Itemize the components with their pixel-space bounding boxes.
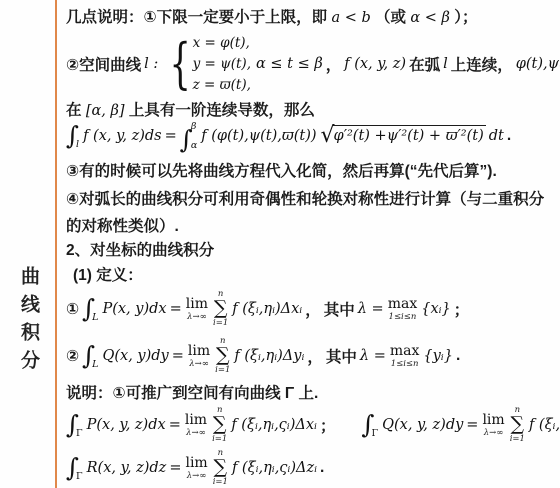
left-brace-symbol: {	[170, 34, 191, 94]
max-subscript: 1≤i≤n	[391, 360, 419, 369]
lim-label: lim	[185, 456, 207, 471]
integral-subscript: Γ	[76, 428, 83, 439]
square-root-group: √ φ′²(t) +ψ′²(t) + ϖ′²(t)	[321, 125, 486, 147]
punctuation: ，	[305, 298, 321, 320]
sum-symbol: ∑	[214, 458, 228, 478]
integrand: R(x, y, z)dz	[87, 460, 167, 476]
text-segment: ②空间曲线	[66, 53, 141, 75]
max-label: max	[388, 297, 418, 312]
integrand: Q(x, y)dy	[102, 348, 168, 364]
sum-operator: n ∑ i=1	[212, 406, 227, 444]
integral-with-sub: ∫ l	[66, 125, 79, 146]
section-2-heading: 2、对坐标的曲线积分	[66, 238, 214, 260]
equals-sign: =	[170, 301, 182, 317]
summand: f (ξᵢ,ηᵢ,ςᵢ)Δyᵢ	[529, 417, 560, 433]
sum-symbol: ∑	[216, 346, 230, 366]
vertical-chapter-title: 曲线积分	[15, 266, 42, 378]
integral-with-sub: ∫ Γ	[66, 414, 83, 435]
equals-sign: =	[466, 417, 478, 433]
lim-subscript: λ→∞	[186, 429, 206, 438]
summand: f (ξᵢ,ηᵢ,ςᵢ)Δzᵢ	[232, 460, 317, 476]
max-operator: max 1≤i≤n	[388, 297, 418, 321]
punctuation: .	[456, 347, 460, 365]
parameter-range: α ≤ t ≤ β	[256, 56, 323, 72]
integral-with-sub: ∫ Γ	[361, 414, 378, 435]
text-segment: ）；	[450, 9, 478, 26]
inline-math: [α, β]	[86, 103, 125, 119]
integral-subscript: L	[92, 312, 98, 323]
max-operator: max 1≤i≤n	[390, 344, 420, 368]
punctuation: .	[507, 127, 511, 145]
text-segment: 在	[66, 102, 86, 119]
max-label: max	[390, 344, 420, 359]
coordinate-definition-formula-1: ① ∫ L P(x, y)dx = lim λ→∞ n ∑ i=1 f (ξᵢ,…	[66, 288, 469, 330]
equals-sign: =	[169, 417, 181, 433]
sum-operator: n ∑ i=1	[510, 406, 525, 444]
lambda-equals: λ =	[358, 301, 384, 317]
ext-formula-px: ∫ Γ P(x, y, z)dx = lim λ→∞ n ∑ i=1 f (ξᵢ…	[66, 406, 335, 444]
inline-math: l :	[144, 56, 158, 72]
equals-sign: =	[165, 128, 177, 144]
equals-sign: =	[172, 348, 184, 364]
parametric-equations: x = φ(t), y = ψ(t), z = ϖ(t),	[193, 34, 251, 95]
item-number: ①	[66, 300, 79, 319]
punctuation: ；	[320, 414, 336, 436]
lim-label: lim	[186, 297, 208, 312]
integrand: P(x, y)dx	[102, 301, 166, 317]
integrand: Q(x, y, z)dy	[382, 417, 463, 433]
punctuation: ，	[307, 345, 323, 367]
sum-lower: i=1	[213, 478, 228, 487]
punctuation: .	[320, 459, 324, 477]
limit-operator: lim λ→∞	[188, 344, 210, 368]
integral-subscript: L	[92, 359, 98, 370]
equals-sign: =	[169, 460, 181, 476]
extension-remark-line: 说明：①可推广到空间有向曲线 Γ 上.	[66, 381, 318, 403]
inline-math: α < β	[410, 10, 450, 26]
remarks-intro-line: 几点说明：①下限一定要小于上限，即 a < b （或 α < β ）；	[66, 5, 477, 27]
lim-label: lim	[482, 413, 504, 428]
integrand: f (x, y, z)ds	[83, 128, 162, 144]
summand: f (ξᵢ,ηᵢ)Δxᵢ	[232, 301, 302, 317]
lim-subscript: λ→∞	[187, 472, 207, 481]
integral-subscript: Γ	[372, 428, 379, 439]
integrand: P(x, y, z)dx	[87, 417, 166, 433]
notes-content: 几点说明：①下限一定要小于上限，即 a < b （或 α < β ）； ②空间曲…	[66, 0, 558, 488]
inline-math: f (x, y, z)	[344, 56, 406, 72]
lim-label: lim	[185, 413, 207, 428]
sum-symbol: ∑	[213, 415, 227, 435]
max-set: {xᵢ}	[421, 301, 451, 317]
radicand: φ′²(t) +ψ′²(t) + ϖ′²(t)	[333, 125, 486, 144]
sum-symbol: ∑	[511, 415, 525, 435]
inline-math: a < b	[331, 10, 370, 26]
cases-group: { x = φ(t), y = ψ(t), z = ϖ(t),	[163, 34, 251, 95]
inline-math: l	[443, 56, 448, 72]
summand: f (ξᵢ,ηᵢ,ςᵢ)Δxᵢ	[231, 417, 317, 433]
max-subscript: 1≤i≤n	[389, 313, 417, 322]
text-segment: ，	[326, 53, 342, 75]
integral-with-sub: ∫ Γ	[66, 457, 83, 478]
lower-limit: α	[191, 141, 197, 151]
ext-formula-qy: ∫ Γ Q(x, y, z)dy = lim λ→∞ n ∑ i=1 f (ξᵢ…	[361, 406, 560, 444]
integral-subscript: l	[76, 139, 79, 150]
punctuation: ；	[454, 298, 470, 320]
limit-operator: lim λ→∞	[185, 413, 207, 437]
integral-with-sub: ∫ L	[82, 298, 98, 319]
sum-symbol: ∑	[214, 299, 228, 319]
text-segment: （或	[371, 9, 411, 26]
ext-formula-rz: ∫ Γ R(x, y, z)dz = lim λ→∞ n ∑ i=1 f (ξᵢ…	[66, 448, 324, 488]
text-segment: 其中	[324, 298, 355, 320]
equation-x: x = φ(t),	[193, 34, 251, 52]
text-segment: 上连续，	[451, 53, 513, 75]
note-substitute-first: ③有的时候可以先将曲线方程代入化简，然后再算(“先代后算”).	[66, 159, 497, 181]
text-segment: 其中	[326, 345, 357, 367]
space-curve-definition: ②空间曲线 l : { x = φ(t), y = ψ(t), z = ϖ(t)…	[66, 29, 560, 99]
lim-subscript: λ→∞	[187, 313, 207, 322]
lim-label: lim	[188, 344, 210, 359]
integral-with-limits: ∫ β α	[180, 122, 197, 150]
lim-subscript: λ→∞	[484, 429, 504, 438]
sum-lower: i=1	[212, 435, 227, 444]
inline-math: φ(t),ψ(t),ϖ(t)	[516, 56, 560, 72]
note-symmetry: ④对弧长的曲线积分可利用奇偶性和轮换对称性进行计算（与二重积分的对称性类似）.	[66, 186, 558, 240]
sum-operator: n ∑ i=1	[215, 337, 230, 375]
arc-length-formula: ∫ l f (x, y, z)ds = ∫ β α f (φ(t),ψ(t),ϖ…	[66, 118, 511, 154]
max-set: {yᵢ}	[423, 348, 453, 364]
limit-operator: lim λ→∞	[185, 456, 207, 480]
integral-with-sub: ∫ L	[82, 345, 98, 366]
upper-limit: β	[191, 122, 197, 132]
sum-lower: i=1	[213, 319, 228, 328]
differential: dt	[489, 128, 504, 144]
coordinate-definition-formula-2: ② ∫ L Q(x, y)dy = lim λ→∞ n ∑ i=1 f (ξᵢ,…	[66, 335, 460, 377]
integral-subscript: Γ	[76, 471, 83, 482]
definition-heading: (1) 定义：	[73, 263, 143, 285]
space-extension-formulas-row: ∫ Γ P(x, y, z)dx = lim λ→∞ n ∑ i=1 f (ξᵢ…	[66, 404, 560, 446]
text-segment: 在弧	[409, 53, 440, 75]
sum-operator: n ∑ i=1	[213, 449, 228, 487]
limit-operator: lim λ→∞	[186, 297, 208, 321]
sidebar-divider-line	[55, 0, 57, 488]
limit-operator: lim λ→∞	[482, 413, 504, 437]
sum-lower: i=1	[215, 366, 230, 375]
equation-z: z = ϖ(t),	[193, 76, 251, 94]
sum-lower: i=1	[510, 435, 525, 444]
continuity-condition-line: 在 [α, β] 上具有一阶连续导数，那么	[66, 98, 315, 120]
text-segment: 上具有一阶连续导数，那么	[125, 102, 315, 119]
lim-subscript: λ→∞	[189, 360, 209, 369]
lambda-equals: λ =	[360, 348, 386, 364]
text-segment: 几点说明：①下限一定要小于上限，即	[66, 9, 331, 26]
equation-y: y = ψ(t),	[193, 55, 251, 73]
summand: f (ξᵢ,ηᵢ)Δyᵢ	[234, 348, 304, 364]
lecture-notes-page: 曲线积分 几点说明：①下限一定要小于上限，即 a < b （或 α < β ）；…	[0, 0, 560, 488]
integrand: f (φ(t),ψ(t),ϖ(t))	[201, 128, 316, 144]
sum-operator: n ∑ i=1	[213, 290, 228, 328]
item-number: ②	[66, 347, 79, 366]
integral-limits: β α	[191, 122, 197, 150]
